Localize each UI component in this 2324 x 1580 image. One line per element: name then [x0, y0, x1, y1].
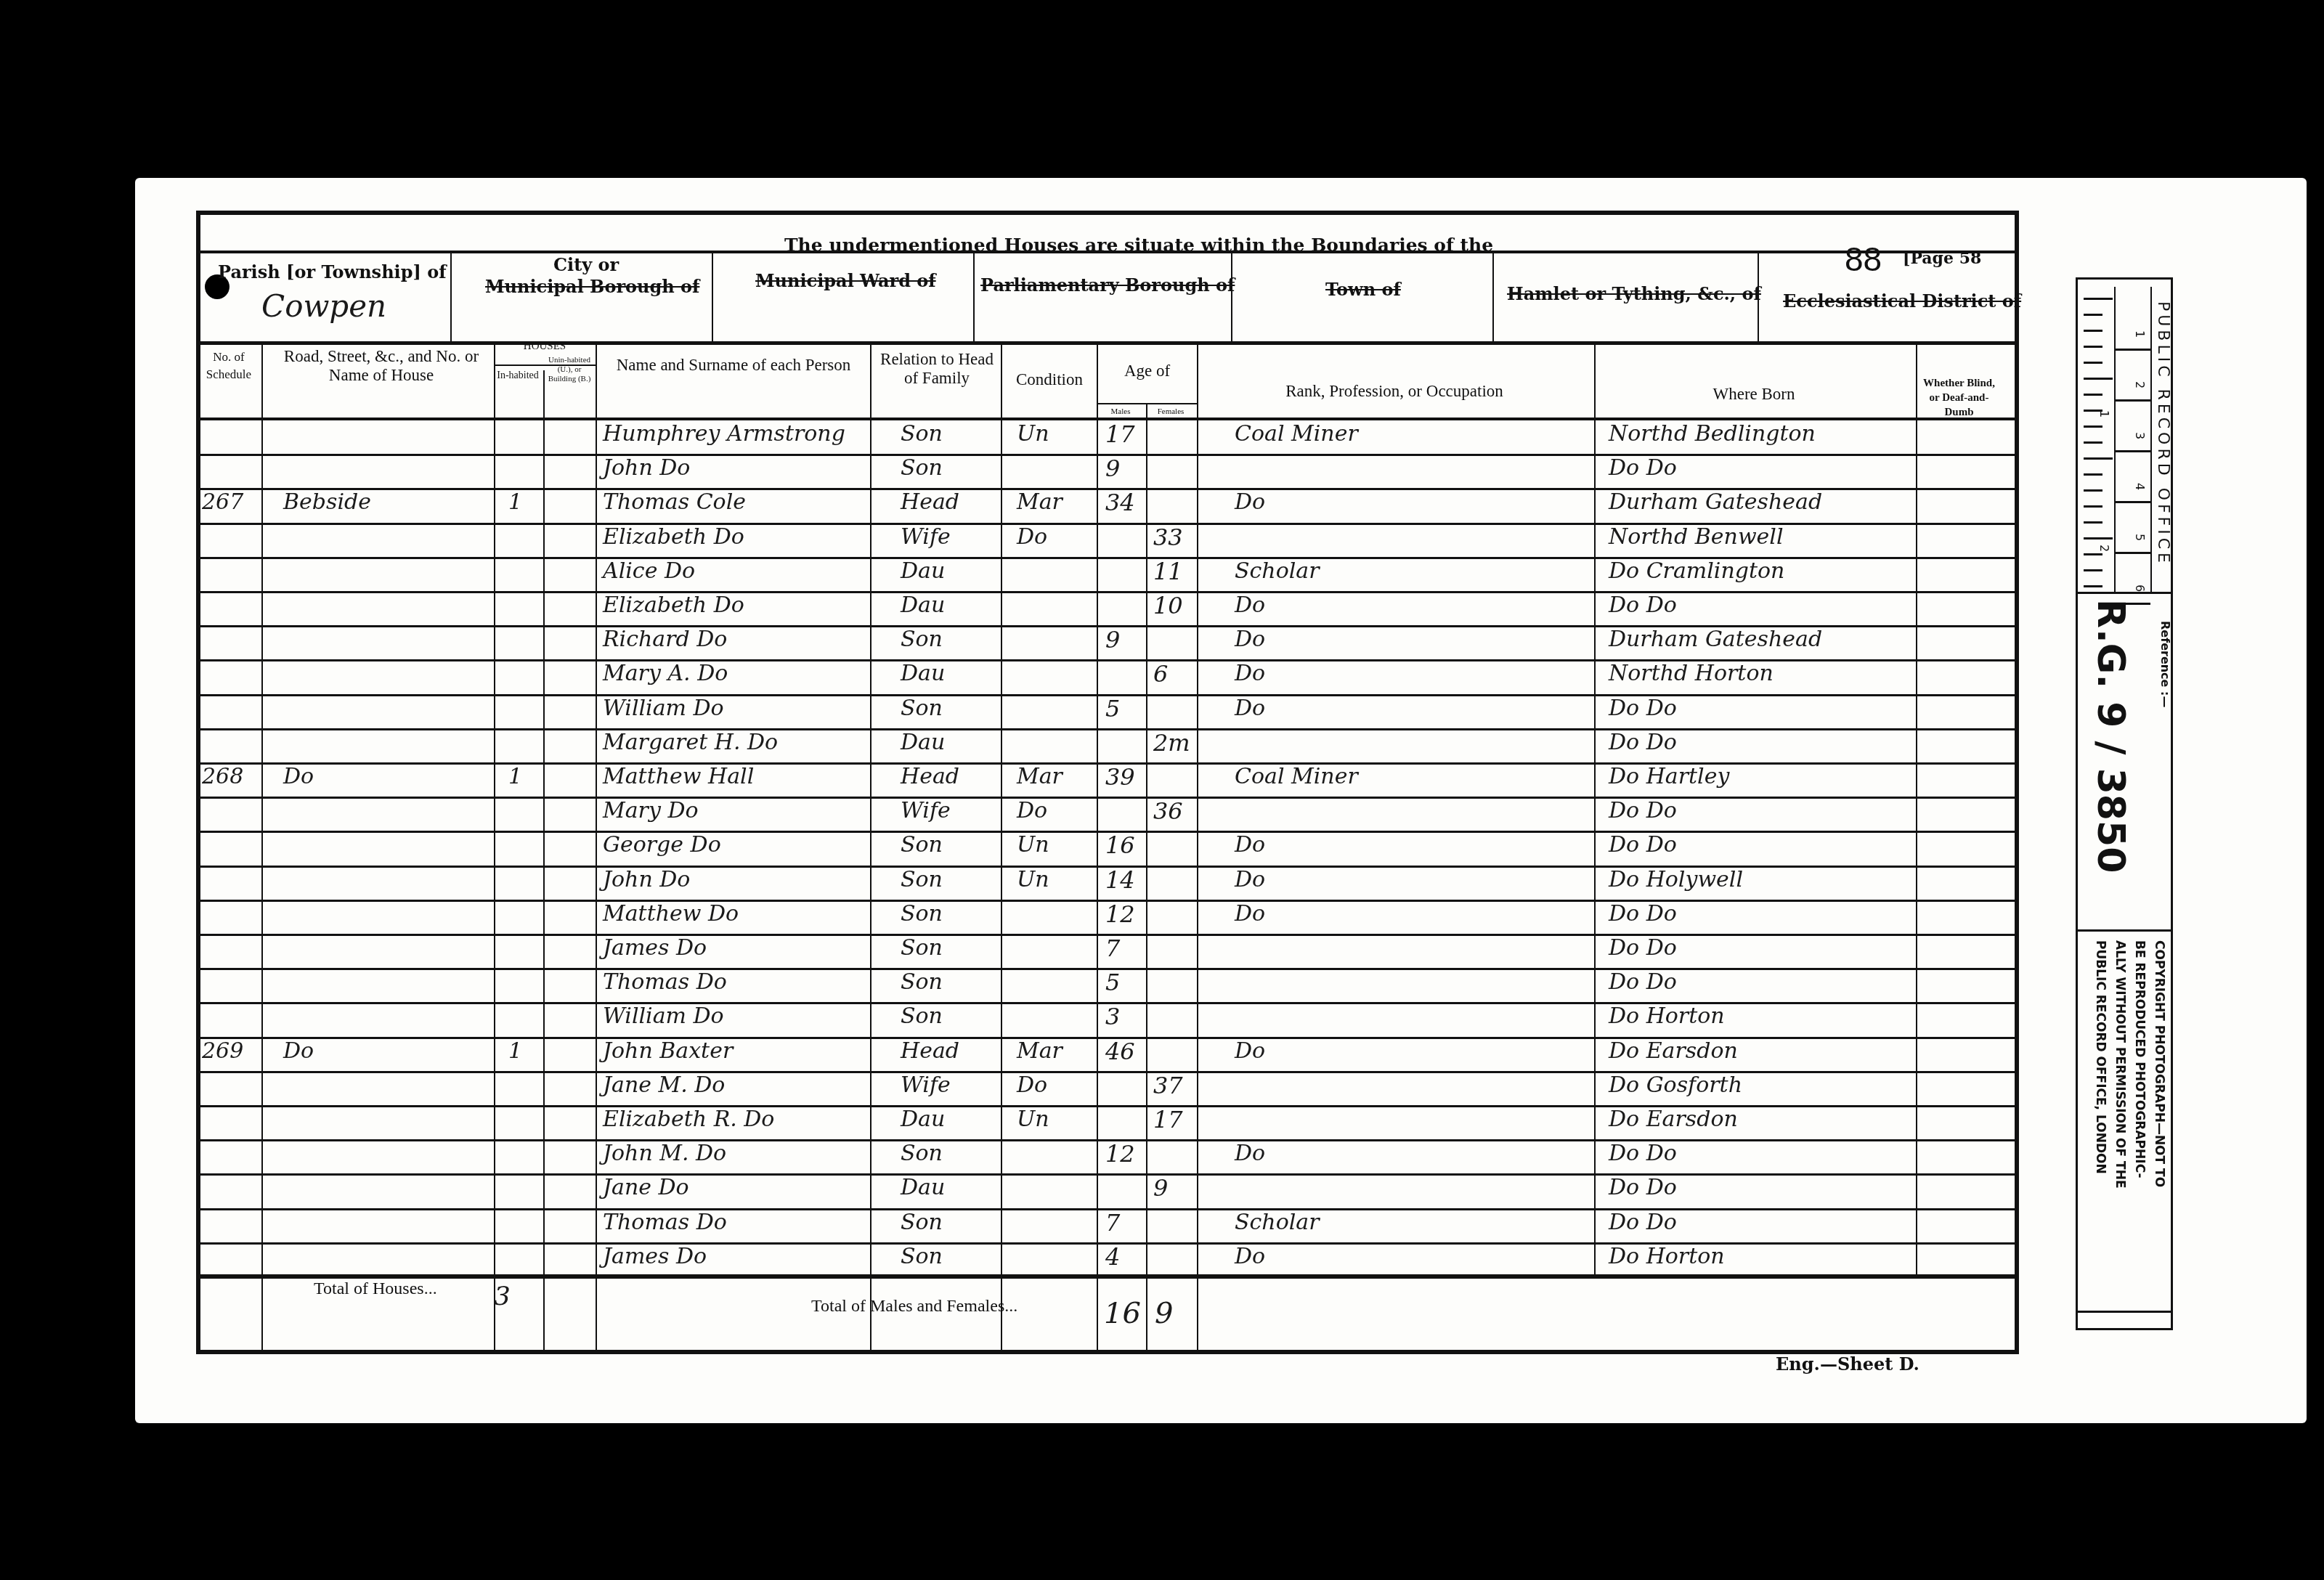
- scale-number: 1: [2097, 410, 2111, 418]
- cell-name: Thomas Do: [603, 1205, 727, 1240]
- cell-born: Durham Gateshead: [1609, 485, 1822, 520]
- col-houses: HOUSES: [494, 341, 596, 352]
- cell-relation: Head: [901, 1034, 959, 1069]
- column-divider: [1146, 403, 1147, 1354]
- scale-tick: [2084, 298, 2113, 300]
- scale-tick: [2084, 441, 2102, 444]
- cell-relation: Son: [901, 863, 943, 897]
- cell-male: 9: [1105, 451, 1120, 486]
- column-divider: [543, 370, 545, 1354]
- cell-born: Do Do: [1609, 1170, 1677, 1205]
- column-divider: [494, 341, 495, 1354]
- total-houses-value: 3: [494, 1279, 511, 1314]
- cell-male: 39: [1105, 760, 1135, 794]
- col-uninhabited: Unin-habited (U.), or Building (B.): [545, 356, 594, 384]
- row-rule: [196, 1173, 2019, 1176]
- column-divider: [1594, 341, 1596, 1274]
- cell-schedule: 269: [202, 1034, 243, 1069]
- cell-condition: Do: [1017, 1068, 1047, 1103]
- row-rule: [196, 591, 2019, 593]
- cell-occupation: Do: [1235, 622, 1265, 657]
- cell-name: William Do: [603, 999, 724, 1034]
- scale-number: 3: [2133, 432, 2147, 439]
- cell-condition: Do: [1017, 520, 1047, 555]
- cell-condition: Un: [1017, 863, 1049, 897]
- scale-tick: [2084, 362, 2102, 364]
- cell-name: George Do: [603, 828, 721, 863]
- cell-female: 11: [1153, 554, 1183, 589]
- cell-name: Elizabeth Do: [603, 588, 744, 623]
- cell-name: Elizabeth Do: [603, 520, 744, 555]
- divider: [450, 251, 452, 341]
- cell-relation: Son: [901, 451, 943, 486]
- scale-tick: [2084, 473, 2102, 476]
- cell-name: John Do: [603, 451, 690, 486]
- total-females-value: 9: [1155, 1296, 1173, 1331]
- cell-relation: Wife: [901, 1068, 951, 1103]
- cell-name: Mary A. Do: [603, 656, 728, 691]
- column-divider: [261, 341, 263, 1354]
- cell-relation: Son: [901, 897, 943, 932]
- cell-male: 5: [1105, 965, 1120, 1000]
- scale-tick: [2084, 585, 2102, 587]
- cell-name: Humphrey Armstrong: [603, 417, 845, 452]
- cell-condition: Mar: [1017, 485, 1063, 520]
- cell-name: John M. Do: [603, 1136, 726, 1171]
- total-houses-label: Total of Houses...: [314, 1279, 437, 1299]
- divider: [2150, 287, 2152, 592]
- cell-name: William Do: [603, 691, 724, 726]
- cell-relation: Son: [901, 965, 943, 1000]
- divider: [712, 251, 713, 341]
- cell-born: Durham Gateshead: [1609, 622, 1822, 657]
- cell-occupation: Scholar: [1235, 554, 1320, 589]
- cell-relation: Son: [901, 417, 943, 452]
- cell-relation: Dau: [901, 725, 945, 760]
- col-relation: Relation to Head of Family: [875, 350, 999, 388]
- cell-born: Do Do: [1609, 931, 1677, 966]
- cell-male: 34: [1105, 485, 1135, 520]
- cell-schedule: 267: [202, 485, 243, 520]
- scale-tick: [2084, 314, 2102, 316]
- col-blind-deaf: Whether Blind, or Deaf-and-Dumb: [1917, 376, 2001, 420]
- cell-relation: Dau: [901, 588, 945, 623]
- rule: [196, 251, 2019, 253]
- cell-born: Northd Bedlington: [1609, 417, 1816, 452]
- cell-born: Do Do: [1609, 965, 1677, 1000]
- col-inhabited: In-habited: [495, 370, 540, 381]
- cell-name: Jane M. Do: [603, 1068, 725, 1103]
- col-males: Males: [1098, 407, 1143, 418]
- cell-female: 17: [1153, 1102, 1183, 1137]
- town-label: Town of: [1325, 279, 1401, 300]
- scale-tick: [2084, 505, 2102, 508]
- cell-female: 2m: [1153, 725, 1190, 760]
- cell-name: John Baxter: [603, 1034, 733, 1069]
- cell-born: Do Earsdon: [1609, 1102, 1738, 1137]
- scale-number: 2: [2097, 545, 2111, 552]
- cell-male: 12: [1105, 897, 1135, 932]
- cell-female: 6: [1153, 656, 1168, 691]
- scale-tick: [2116, 399, 2150, 402]
- divider: [1492, 251, 1494, 341]
- copyright-line: PUBLIC RECORD OFFICE, LONDON: [2093, 940, 2108, 1174]
- cell-occupation: Do: [1235, 485, 1265, 520]
- cell-inhabited: 1: [508, 1034, 522, 1069]
- row-rule: [196, 1105, 2019, 1107]
- cell-name: Alice Do: [603, 554, 695, 589]
- city-label: City or: [553, 254, 619, 275]
- scale-tick: [2116, 552, 2150, 554]
- cell-born: Do Do: [1609, 1136, 1677, 1171]
- cell-relation: Son: [901, 1205, 943, 1240]
- cell-relation: Wife: [901, 520, 951, 555]
- column-divider: [870, 341, 871, 1354]
- cell-born: Do Do: [1609, 1205, 1677, 1240]
- scale-tick: [2084, 330, 2102, 332]
- scale-tick: [2084, 569, 2102, 571]
- cell-born: Do Gosforth: [1609, 1068, 1742, 1103]
- copyright-notice: COPYRIGHT PHOTOGRAPH—NOT TOBE REPRODUCED…: [2078, 933, 2171, 1313]
- cell-occupation: Do: [1235, 588, 1265, 623]
- scale-tick: [2084, 346, 2102, 348]
- cell-born: Do Do: [1609, 725, 1677, 760]
- reference-label: Reference :—: [2158, 621, 2172, 707]
- cell-occupation: Coal Miner: [1235, 760, 1358, 794]
- cell-born: Do Do: [1609, 451, 1677, 486]
- cell-female: 36: [1153, 794, 1183, 828]
- sheet-footer: Eng.—Sheet D.: [1776, 1353, 1919, 1375]
- cell-male: 3: [1105, 999, 1120, 1034]
- scale-tick: [2084, 553, 2102, 555]
- cell-schedule: 268: [202, 760, 243, 794]
- cell-occupation: Do: [1235, 1136, 1265, 1171]
- cell-relation: Son: [901, 622, 943, 657]
- municipal-borough-label: Municipal Borough of: [485, 276, 699, 297]
- cell-name: Richard Do: [603, 622, 727, 657]
- scale-tick: [2084, 394, 2102, 396]
- rule: [196, 341, 2019, 345]
- scale-number: 4: [2133, 483, 2147, 490]
- cell-inhabited: 1: [508, 485, 522, 520]
- cell-relation: Dau: [901, 554, 945, 589]
- cell-male: 9: [1105, 622, 1120, 657]
- cell-name: Thomas Cole: [603, 485, 746, 520]
- scale-tick: [2084, 378, 2113, 380]
- parliamentary-borough-label: Parliamentary Borough of: [980, 274, 1235, 296]
- cell-relation: Son: [901, 828, 943, 863]
- cell-relation: Dau: [901, 1102, 945, 1137]
- cell-name: Mary Do: [603, 794, 699, 828]
- row-rule: [196, 1071, 2019, 1073]
- cell-male: 12: [1105, 1136, 1135, 1171]
- col-road: Road, Street, &c., and No. or Name of Ho…: [269, 347, 494, 385]
- row-rule: [196, 728, 2019, 730]
- cell-male: 5: [1105, 691, 1120, 726]
- scale-tick: [2116, 450, 2150, 452]
- rule: [196, 1274, 2019, 1279]
- cell-occupation: Do: [1235, 828, 1265, 863]
- cell-born: Do Do: [1609, 691, 1677, 726]
- divider: [2114, 287, 2116, 592]
- cell-born: Do Do: [1609, 794, 1677, 828]
- cell-relation: Wife: [901, 794, 951, 828]
- cell-road: Bebside: [283, 485, 371, 520]
- col-condition: Condition: [1002, 370, 1097, 389]
- cell-occupation: Do: [1235, 691, 1265, 726]
- cell-male: 16: [1105, 828, 1135, 863]
- cell-relation: Son: [901, 691, 943, 726]
- cell-born: Do Holywell: [1609, 863, 1743, 897]
- column-divider: [596, 341, 597, 1354]
- column-divider: [1197, 341, 1198, 1354]
- col-occupation: Rank, Profession, or Occupation: [1198, 382, 1590, 401]
- cell-occupation: Scholar: [1235, 1205, 1320, 1240]
- scale-tick: [2084, 489, 2102, 492]
- cell-road: Do: [283, 760, 314, 794]
- cell-condition: Un: [1017, 417, 1049, 452]
- public-record-office-strip: PUBLIC RECORD OFFICE 12345612 Reference …: [2076, 277, 2173, 1330]
- municipal-ward-label: Municipal Ward of: [755, 270, 936, 291]
- column-divider: [1916, 341, 1917, 1274]
- cell-relation: Son: [901, 931, 943, 966]
- col-schedule: No. of Schedule: [200, 349, 258, 383]
- cell-male: 17: [1105, 417, 1135, 452]
- cell-relation: Head: [901, 485, 959, 520]
- cell-occupation: Do: [1235, 1239, 1265, 1274]
- cell-name: John Do: [603, 863, 690, 897]
- hamlet-label: Hamlet or Tything, &c., of: [1507, 283, 1761, 304]
- scale-tick: [2084, 521, 2102, 524]
- column-divider: [1001, 341, 1002, 1354]
- cell-relation: Son: [901, 1136, 943, 1171]
- reference-number: R.G. 9 / 3850: [2089, 599, 2132, 873]
- cell-female: 9: [1153, 1170, 1168, 1205]
- cell-name: James Do: [603, 931, 707, 966]
- cell-relation: Head: [901, 760, 959, 794]
- cell-born: Do Do: [1609, 588, 1677, 623]
- cell-condition: Un: [1017, 1102, 1049, 1137]
- cell-male: 14: [1105, 863, 1135, 897]
- rule: [1097, 403, 1197, 404]
- cell-name: Matthew Hall: [603, 760, 754, 794]
- parish-value: Cowpen: [261, 289, 386, 324]
- cell-condition: Mar: [1017, 760, 1063, 794]
- total-males-value: 16: [1104, 1296, 1141, 1331]
- cell-condition: Un: [1017, 828, 1049, 863]
- cell-occupation: Do: [1235, 656, 1265, 691]
- cell-name: James Do: [603, 1239, 707, 1274]
- divider: [973, 251, 975, 341]
- cell-condition: Do: [1017, 794, 1047, 828]
- row-rule: [196, 797, 2019, 799]
- cell-female: 10: [1153, 588, 1183, 623]
- cell-occupation: Do: [1235, 863, 1265, 897]
- scale-number: 1: [2133, 330, 2147, 338]
- ecclesiastical-district-label: Ecclesiastical District of: [1783, 290, 2021, 311]
- cell-male: 4: [1105, 1239, 1120, 1274]
- cell-name: Margaret H. Do: [603, 725, 778, 760]
- scale-tick: [2116, 501, 2150, 503]
- office-label: PUBLIC RECORD OFFICE: [2154, 301, 2172, 566]
- scale-tick: [2084, 457, 2113, 460]
- cell-name: Elizabeth R. Do: [603, 1102, 774, 1137]
- scale-tick: [2116, 349, 2150, 351]
- cell-male: 46: [1105, 1034, 1135, 1069]
- copyright-line: COPYRIGHT PHOTOGRAPH—NOT TO: [2152, 940, 2166, 1187]
- scale-number: 5: [2133, 534, 2147, 541]
- col-females: Females: [1146, 407, 1195, 418]
- cell-occupation: Do: [1235, 1034, 1265, 1069]
- cell-born: Do Hartley: [1609, 760, 1729, 794]
- col-where-born: Where Born: [1594, 385, 1914, 404]
- cell-occupation: Do: [1235, 897, 1265, 932]
- cell-born: Do Do: [1609, 897, 1677, 932]
- cell-name: Thomas Do: [603, 965, 727, 1000]
- scale-tick: [2084, 425, 2102, 428]
- cell-female: 33: [1153, 520, 1183, 555]
- cell-born: Do Earsdon: [1609, 1034, 1738, 1069]
- cell-occupation: Coal Miner: [1235, 417, 1358, 452]
- cell-born: Northd Benwell: [1609, 520, 1784, 555]
- scale-tick: [2084, 537, 2113, 539]
- total-persons-label: Total of Males and Females...: [811, 1297, 1017, 1316]
- col-age: Age of: [1098, 362, 1196, 380]
- copyright-line: BE REPRODUCED PHOTOGRAPHIC-: [2132, 940, 2147, 1178]
- cell-condition: Mar: [1017, 1034, 1063, 1069]
- cell-born: Do Cramlington: [1609, 554, 1784, 589]
- cell-name: Jane Do: [603, 1170, 689, 1205]
- scale-number: 6: [2133, 585, 2147, 592]
- column-divider: [1097, 341, 1098, 1354]
- cell-born: Northd Horton: [1609, 656, 1774, 691]
- cell-inhabited: 1: [508, 760, 522, 794]
- cell-born: Do Horton: [1609, 999, 1725, 1034]
- cell-relation: Dau: [901, 656, 945, 691]
- cell-name: Matthew Do: [603, 897, 739, 932]
- cell-female: 37: [1153, 1068, 1183, 1103]
- cell-male: 7: [1105, 931, 1120, 966]
- cell-relation: Dau: [901, 1170, 945, 1205]
- scale-number: 2: [2133, 381, 2147, 388]
- parish-label: Parish [or Township] of: [218, 261, 447, 282]
- cell-road: Do: [283, 1034, 314, 1069]
- cell-born: Do Horton: [1609, 1239, 1725, 1274]
- cell-male: 7: [1105, 1205, 1120, 1240]
- cell-relation: Son: [901, 1239, 943, 1274]
- scale-ruler: PUBLIC RECORD OFFICE 12345612: [2078, 280, 2171, 594]
- cell-born: Do Do: [1609, 828, 1677, 863]
- col-name: Name and Surname of each Person: [610, 356, 857, 375]
- cell-relation: Son: [901, 999, 943, 1034]
- divider: [2078, 929, 2171, 932]
- copyright-line: ALLY WITHOUT PERMISSION OF THE: [2113, 940, 2127, 1189]
- divider: [1231, 251, 1232, 341]
